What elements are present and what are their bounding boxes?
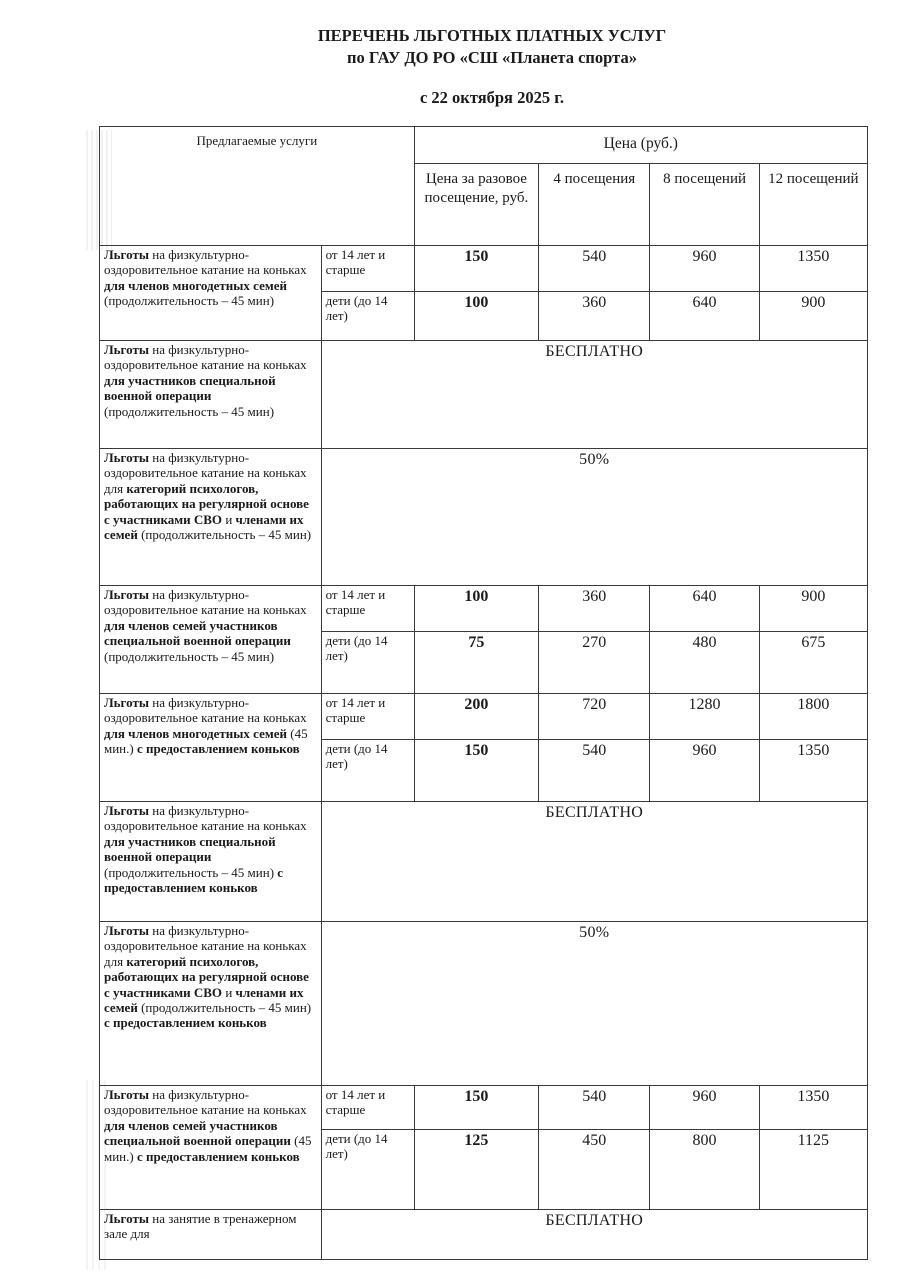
price-12-visits: 1125	[759, 1130, 867, 1210]
service-text: (продолжительность – 45 мин)	[104, 865, 277, 880]
age-group-adult: от 14 лет и старше	[321, 694, 414, 740]
header-8-visits: 8 посещений	[650, 164, 759, 246]
age-group-adult: от 14 лет и старше	[321, 1086, 414, 1130]
table-row: Льготы на физкультурно-оздоровительное к…	[100, 694, 868, 740]
age-group-child: дети (до 14 лет)	[321, 632, 414, 694]
service-text-bold: Льготы	[104, 450, 149, 465]
price-4-visits: 540	[539, 1086, 650, 1130]
price-12-visits: 675	[759, 632, 867, 694]
benefit-value: 50%	[321, 922, 867, 1086]
service-description: Льготы на физкультурно-оздоровительное к…	[100, 1086, 322, 1210]
price-12-visits: 1350	[759, 1086, 867, 1130]
price-single: 125	[414, 1130, 538, 1210]
effective-date: с 22 октября 2025 г.	[36, 88, 912, 108]
price-4-visits: 720	[539, 694, 650, 740]
price-12-visits: 1350	[759, 246, 867, 292]
service-description: Льготы на занятие в тренажерном зале для	[100, 1210, 322, 1260]
header-price-group: Цена (руб.)	[414, 127, 867, 164]
age-group-child: дети (до 14 лет)	[321, 1130, 414, 1210]
service-text-bold: Льготы	[104, 803, 149, 818]
service-text: (продолжительность – 45 мин)	[104, 404, 274, 419]
service-text: (продолжительность – 45 мин)	[104, 293, 274, 308]
price-4-visits: 450	[539, 1130, 650, 1210]
price-single: 150	[414, 1086, 538, 1130]
price-4-visits: 360	[539, 586, 650, 632]
benefit-value: 50%	[321, 449, 867, 586]
service-description: Льготы на физкультурно-оздоровительное к…	[100, 449, 322, 586]
service-text-bold: для участников специальной военной опера…	[104, 373, 276, 403]
service-description: Льготы на физкультурно-оздоровительное к…	[100, 802, 322, 922]
service-text-bold: Льготы	[104, 695, 149, 710]
service-description: Льготы на физкультурно-оздоровительное к…	[100, 586, 322, 694]
price-4-visits: 270	[539, 632, 650, 694]
age-group-adult: от 14 лет и старше	[321, 586, 414, 632]
organization-name: по ГАУ ДО РО «СШ «Планета спорта»	[36, 48, 912, 68]
price-8-visits: 960	[650, 246, 759, 292]
price-12-visits: 900	[759, 292, 867, 341]
service-text: и	[222, 512, 235, 527]
service-text-bold: с предоставлением коньков	[137, 741, 300, 756]
service-description: Льготы на физкультурно-оздоровительное к…	[100, 341, 322, 449]
table-row: Льготы на занятие в тренажерном зале для…	[100, 1210, 868, 1260]
service-text-bold: для участников специальной военной опера…	[104, 834, 276, 864]
table-row: Льготы на физкультурно-оздоровительное к…	[100, 1086, 868, 1130]
price-single: 150	[414, 740, 538, 802]
price-8-visits: 640	[650, 292, 759, 341]
service-text-bold: Льготы	[104, 587, 149, 602]
header-single-visit: Цена за разовое посещение, руб.	[414, 164, 538, 246]
price-4-visits: 540	[539, 740, 650, 802]
table-row: Льготы на физкультурно-оздоровительное к…	[100, 341, 868, 449]
price-8-visits: 960	[650, 1086, 759, 1130]
service-text-bold: для членов многодетных семей	[104, 278, 287, 293]
service-description: Льготы на физкультурно-оздоровительное к…	[100, 922, 322, 1086]
service-text-bold: с предоставлением коньков	[104, 1015, 267, 1030]
price-single: 100	[414, 292, 538, 341]
service-text: (продолжительность – 45 мин)	[104, 649, 274, 664]
price-8-visits: 960	[650, 740, 759, 802]
age-group-child: дети (до 14 лет)	[321, 292, 414, 341]
price-12-visits: 900	[759, 586, 867, 632]
document-title: ПЕРЕЧЕНЬ ЛЬГОТНЫХ ПЛАТНЫХ УСЛУГ	[36, 26, 912, 46]
table-row: Льготы на физкультурно-оздоровительное к…	[100, 449, 868, 586]
table-row: Льготы на физкультурно-оздоровительное к…	[100, 922, 868, 1086]
price-8-visits: 640	[650, 586, 759, 632]
price-4-visits: 360	[539, 292, 650, 341]
service-text: (продолжительность – 45 мин)	[138, 1000, 311, 1015]
service-text-bold: для членов семей участников специальной …	[104, 1118, 291, 1148]
benefit-value: БЕСПЛАТНО	[321, 802, 867, 922]
price-12-visits: 1800	[759, 694, 867, 740]
price-8-visits: 1280	[650, 694, 759, 740]
price-single: 75	[414, 632, 538, 694]
table-row: Льготы на физкультурно-оздоровительное к…	[100, 586, 868, 632]
service-text-bold: Льготы	[104, 247, 149, 262]
age-group-adult: от 14 лет и старше	[321, 246, 414, 292]
service-text: (продолжительность – 45 мин)	[138, 527, 311, 542]
price-8-visits: 480	[650, 632, 759, 694]
price-single: 200	[414, 694, 538, 740]
table-row: Льготы на физкультурно-оздоровительное к…	[100, 802, 868, 922]
service-description: Льготы на физкультурно-оздоровительное к…	[100, 694, 322, 802]
service-text-bold: для членов многодетных семей	[104, 726, 287, 741]
service-text-bold: Льготы	[104, 923, 149, 938]
header-4-visits: 4 посещения	[539, 164, 650, 246]
price-single: 100	[414, 586, 538, 632]
service-text-bold: для членов семей участников специальной …	[104, 618, 291, 648]
price-12-visits: 1350	[759, 740, 867, 802]
price-8-visits: 800	[650, 1130, 759, 1210]
service-text-bold: Льготы	[104, 1211, 149, 1226]
header-12-visits: 12 посещений	[759, 164, 867, 246]
service-description: Льготы на физкультурно-оздоровительное к…	[100, 246, 322, 341]
header-services: Предлагаемые услуги	[100, 127, 415, 246]
service-text: и	[222, 985, 235, 1000]
service-text-bold: с предоставлением коньков	[137, 1149, 300, 1164]
age-group-child: дети (до 14 лет)	[321, 740, 414, 802]
price-single: 150	[414, 246, 538, 292]
price-4-visits: 540	[539, 246, 650, 292]
service-text-bold: Льготы	[104, 1087, 149, 1102]
benefit-value: БЕСПЛАТНО	[321, 341, 867, 449]
benefit-value: БЕСПЛАТНО	[321, 1210, 867, 1260]
table-row: Льготы на физкультурно-оздоровительное к…	[100, 246, 868, 292]
service-text-bold: Льготы	[104, 342, 149, 357]
price-table: Предлагаемые услуги Цена (руб.) Цена за …	[99, 126, 868, 1260]
